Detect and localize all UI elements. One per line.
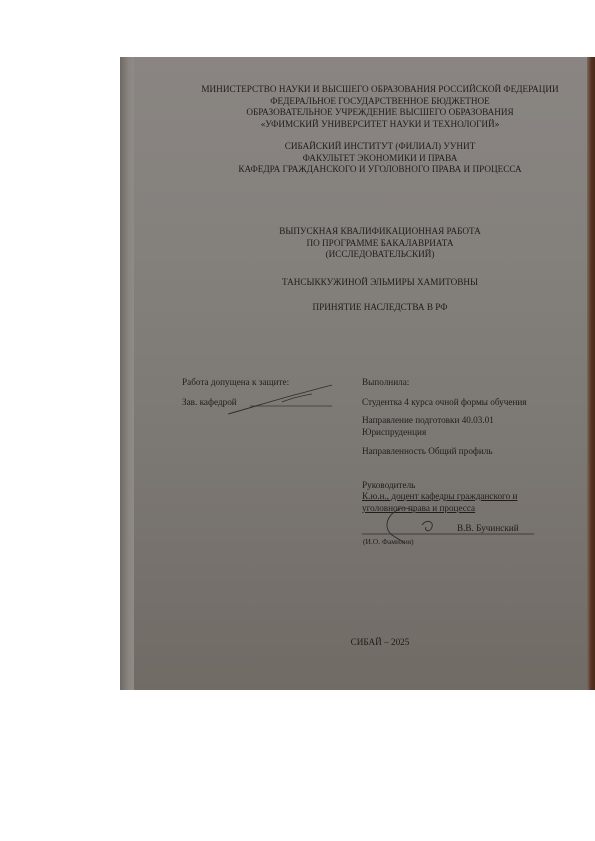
author-name: ТАНСЫККУЖИНОЙ ЭЛЬМИРЫ ХАМИТОВНЫ (180, 277, 580, 289)
name-caption: (И.О. Фамилия) (363, 536, 414, 548)
supervisor-position-line: уголовного права и процесса (362, 503, 517, 515)
admission-label: Работа допущена к защите: (182, 377, 289, 389)
performer-label: Выполнила: (362, 377, 409, 389)
ministry-line: «УФИМСКИЙ УНИВЕРСИТЕТ НАУКИ И ТЕХНОЛОГИЙ… (180, 119, 580, 131)
ministry-line: ФЕДЕРАЛЬНОЕ ГОСУДАРСТВЕННОЕ БЮДЖЕТНОЕ (180, 96, 580, 108)
direction-info: Направление подготовки 40.03.01 Юриспруд… (362, 415, 494, 438)
direction-code: Направление подготовки 40.03.01 (362, 415, 494, 427)
ministry-line: ОБРАЗОВАТЕЛЬНОЕ УЧРЕЖДЕНИЕ ВЫСШЕГО ОБРАЗ… (180, 107, 580, 119)
supervisor-position: К.ю.н., доцент кафедры гражданского и уг… (362, 491, 517, 514)
work-type-line: ПО ПРОГРАММЕ БАКАЛАВРИАТА (180, 238, 580, 250)
document-photo: МИНИСТЕРСТВО НАУКИ И ВЫСШЕГО ОБРАЗОВАНИЯ… (120, 57, 595, 690)
work-type-line: ВЫПУСКНАЯ КВАЛИФИКАЦИОННАЯ РАБОТА (180, 226, 580, 238)
profile-info: Направленность Общий профиль (362, 446, 493, 458)
supervisor-name: В.В. Бучинский (457, 523, 519, 535)
institute-header: СИБАЙСКИЙ ИНСТИТУТ (ФИЛИАЛ) УУНИТ ФАКУЛЬ… (180, 141, 580, 176)
work-title: ПРИНЯТИЕ НАСЛЕДСТВА В РФ (180, 302, 580, 314)
supervisor-label: Руководитель (362, 480, 415, 492)
supervisor-position-line: К.ю.н., доцент кафедры гражданского и (362, 491, 517, 503)
institute-line: СИБАЙСКИЙ ИНСТИТУТ (ФИЛИАЛ) УУНИТ (180, 141, 580, 153)
city-year: СИБАЙ – 2025 (180, 637, 580, 649)
institute-line: ФАКУЛЬТЕТ ЭКОНОМИКИ И ПРАВА (180, 153, 580, 165)
head-of-department-label: Зав. кафедрой (182, 397, 237, 409)
student-info: Студентка 4 курса очной формы обучения (362, 397, 527, 409)
direction-name: Юриспруденция (362, 427, 494, 439)
institute-line: КАФЕДРА ГРАЖДАНСКОГО И УГОЛОВНОГО ПРАВА … (180, 164, 580, 176)
work-type-line: (ИССЛЕДОВАТЕЛЬСКИЙ) (180, 249, 580, 261)
ministry-header: МИНИСТЕРСТВО НАУКИ И ВЫСШЕГО ОБРАЗОВАНИЯ… (180, 84, 580, 130)
work-type: ВЫПУСКНАЯ КВАЛИФИКАЦИОННАЯ РАБОТА ПО ПРО… (180, 226, 580, 261)
ministry-line: МИНИСТЕРСТВО НАУКИ И ВЫСШЕГО ОБРАЗОВАНИЯ… (180, 84, 580, 96)
